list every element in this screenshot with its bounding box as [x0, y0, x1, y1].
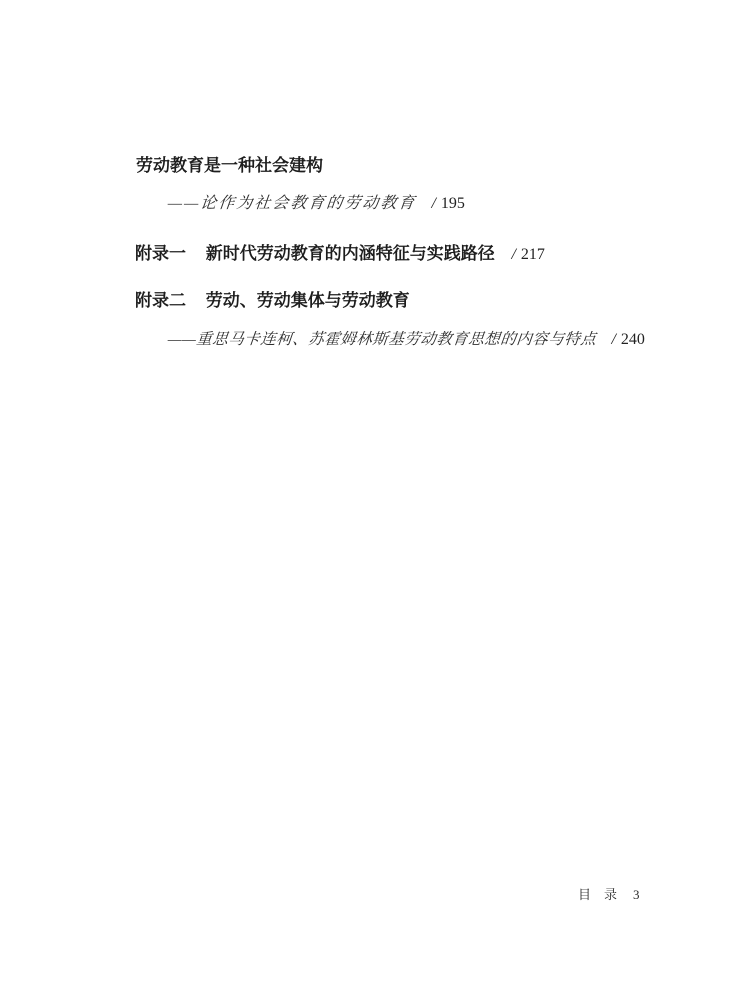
appendix-2-label: 附录二 [135, 291, 186, 310]
footer-page-number: 3 [633, 887, 640, 902]
chapter-title: 劳动教育是一种社会建构 [136, 156, 323, 175]
chapter-page-ref: /195 [431, 195, 464, 212]
toc-entry-appendix-2: 附录二 劳动、劳动集体与劳动教育 [135, 292, 410, 309]
toc-entry-appendix-1: 附录一 新时代劳动教育的内涵特征与实践路径 /217 [135, 245, 545, 263]
slash-separator: / [431, 196, 435, 212]
running-footer: 目 录3 [578, 888, 640, 901]
page-number: 195 [441, 195, 465, 212]
toc-entry-chapter-subtitle: ——论作为社会教育的劳动教育 /195 [167, 196, 465, 212]
slash-separator: / [611, 332, 615, 348]
footer-section-label: 目 录 [578, 887, 617, 902]
appendix-2-page-ref: /240 [611, 331, 644, 348]
appendix-1-page-ref: /217 [511, 246, 544, 263]
slash-separator: / [511, 247, 515, 263]
page-number: 240 [621, 331, 645, 348]
appendix-2-subtitle: ——重思马卡连柯、苏霍姆林斯基劳动教育思想的内容与特点 [167, 332, 597, 348]
appendix-2-title: 劳动、劳动集体与劳动教育 [206, 291, 410, 310]
appendix-1-label: 附录一 [135, 244, 186, 263]
toc-entry-chapter: 劳动教育是一种社会建构 [136, 157, 323, 174]
toc-page: 劳动教育是一种社会建构 ——论作为社会教育的劳动教育 /195 附录一 新时代劳… [0, 0, 750, 1000]
page-number: 217 [521, 246, 545, 263]
chapter-subtitle: ——论作为社会教育的劳动教育 [167, 196, 417, 212]
toc-entry-appendix-2-subtitle: ——重思马卡连柯、苏霍姆林斯基劳动教育思想的内容与特点 /240 [167, 332, 645, 348]
appendix-1-title: 新时代劳动教育的内涵特征与实践路径 [206, 244, 495, 263]
